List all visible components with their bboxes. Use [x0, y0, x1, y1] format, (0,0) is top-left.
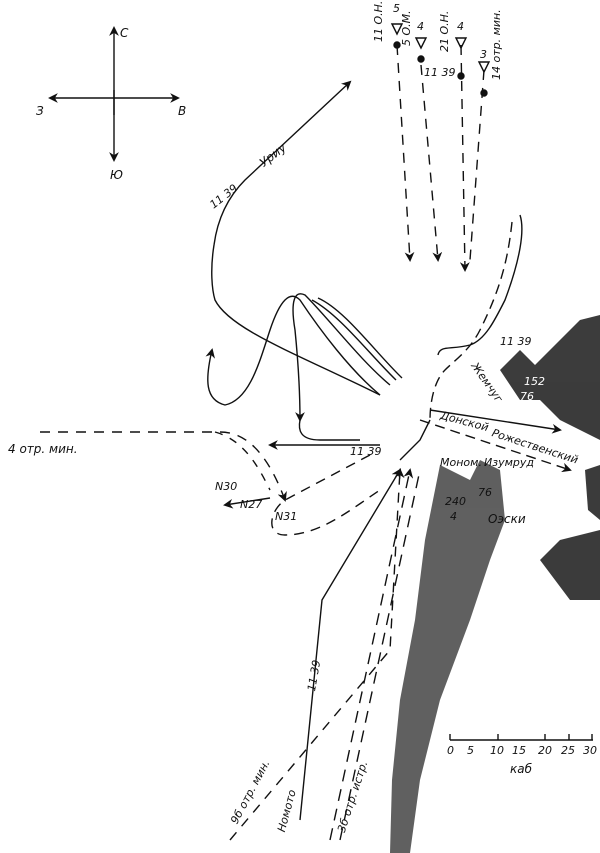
tb-n31: N31 [275, 510, 297, 523]
scale-tick: 0 [447, 744, 454, 757]
scale-tick: 15 [512, 744, 526, 757]
tb-n30: N30 [215, 480, 237, 493]
column-count: 4 [417, 20, 424, 33]
compass-rose [50, 28, 178, 160]
scale-bar [450, 734, 593, 740]
compass-north: С [120, 26, 128, 40]
island-name: Оэски [488, 512, 526, 526]
scale-unit: каб [510, 762, 532, 776]
time-label: 11 39 [350, 445, 382, 458]
column-label: 11 О.Н. [372, 1, 385, 42]
tb-n27: N27 [240, 498, 262, 511]
column-label: 5 О.М. [400, 10, 413, 46]
height-240: 240 [445, 495, 466, 508]
column-label: 21 О.Н. [438, 11, 451, 52]
height-76: 76 [520, 390, 534, 403]
scale-tick: 25 [561, 744, 575, 757]
scale-tick: 30 [583, 744, 597, 757]
det4-label: 4 отр. мин. [8, 442, 78, 456]
scale-tick: 20 [538, 744, 552, 757]
ship-monomakh: Моном. [440, 456, 482, 469]
ship-izumrud: Изумруд [484, 456, 534, 469]
height-76-b: 76 [478, 486, 492, 499]
compass-west: З [36, 104, 44, 118]
height-152: 152 [524, 375, 545, 388]
compass-east: В [178, 104, 186, 118]
compass-south: Ю [110, 168, 123, 182]
scale-tick: 10 [490, 744, 504, 757]
map-drawing [0, 0, 600, 853]
column-count: 4 [457, 20, 464, 33]
height-marker: 4 [450, 510, 457, 523]
scale-tick: 5 [467, 744, 474, 757]
time-label: 11 39 [424, 66, 456, 79]
column-count: 3 [480, 48, 487, 61]
column-count: 5 [393, 2, 400, 15]
time-label: 11 39 [500, 335, 532, 348]
column-label: 14 отр. мин. [490, 9, 503, 80]
battle-map: С Ю З В 11 О.Н. 5 5 О.М. 4 21 О.Н. 4 14 … [0, 0, 600, 853]
